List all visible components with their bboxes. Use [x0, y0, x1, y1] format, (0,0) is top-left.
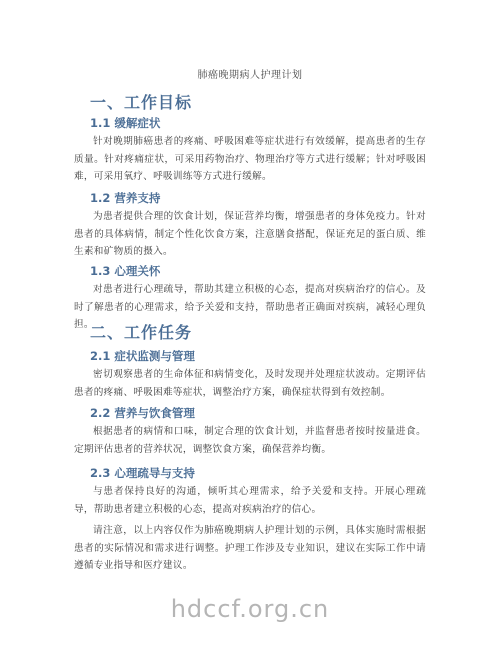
subsection-heading-1-2: 1.2 营养支持 — [90, 190, 160, 206]
document-page: 肺癌晚期病人护理计划 一、工作目标 1.1 缓解症状 针对晚期肺癌患者的疼痛、呼… — [0, 0, 500, 647]
subsection-heading-2-2: 2.2 营养与饮食管理 — [90, 405, 195, 421]
paragraph-1-1: 针对晚期肺癌患者的疼痛、呼吸困难等症状进行有效缓解，提高患者的生存质量。针对疼痛… — [74, 133, 426, 186]
note-paragraph: 请注意，以上内容仅作为肺癌晚期病人护理计划的示例，具体实施时需根据患者的实际情况… — [74, 522, 426, 575]
watermark: hdccf.org.cn — [0, 595, 500, 623]
section-heading-goals: 一、工作目标 — [90, 90, 192, 113]
subsection-heading-2-3: 2.3 心理疏导与支持 — [90, 465, 195, 481]
paragraph-2-3: 与患者保持良好的沟通，倾听其心理需求，给予关爱和支持。开展心理疏导，帮助患者建立… — [74, 483, 426, 518]
subsection-heading-1-1: 1.1 缓解症状 — [90, 115, 160, 131]
section-heading-tasks: 二、工作任务 — [90, 320, 192, 343]
paragraph-2-2: 根据患者的病情和口味，制定合理的饮食计划，并监督患者按时按量进食。定期评估患者的… — [74, 423, 426, 458]
subsection-heading-1-3: 1.3 心理关怀 — [90, 263, 160, 279]
document-title: 肺癌晚期病人护理计划 — [0, 66, 500, 81]
paragraph-2-1: 密切观察患者的生命体征和病情变化，及时发现并处理症状波动。定期评估患者的疼痛、呼… — [74, 366, 426, 401]
paragraph-1-2: 为患者提供合理的饮食计划，保证营养均衡，增强患者的身体免疫力。针对患者的具体病情… — [74, 208, 426, 261]
subsection-heading-2-1: 2.1 症状监测与管理 — [90, 348, 195, 364]
